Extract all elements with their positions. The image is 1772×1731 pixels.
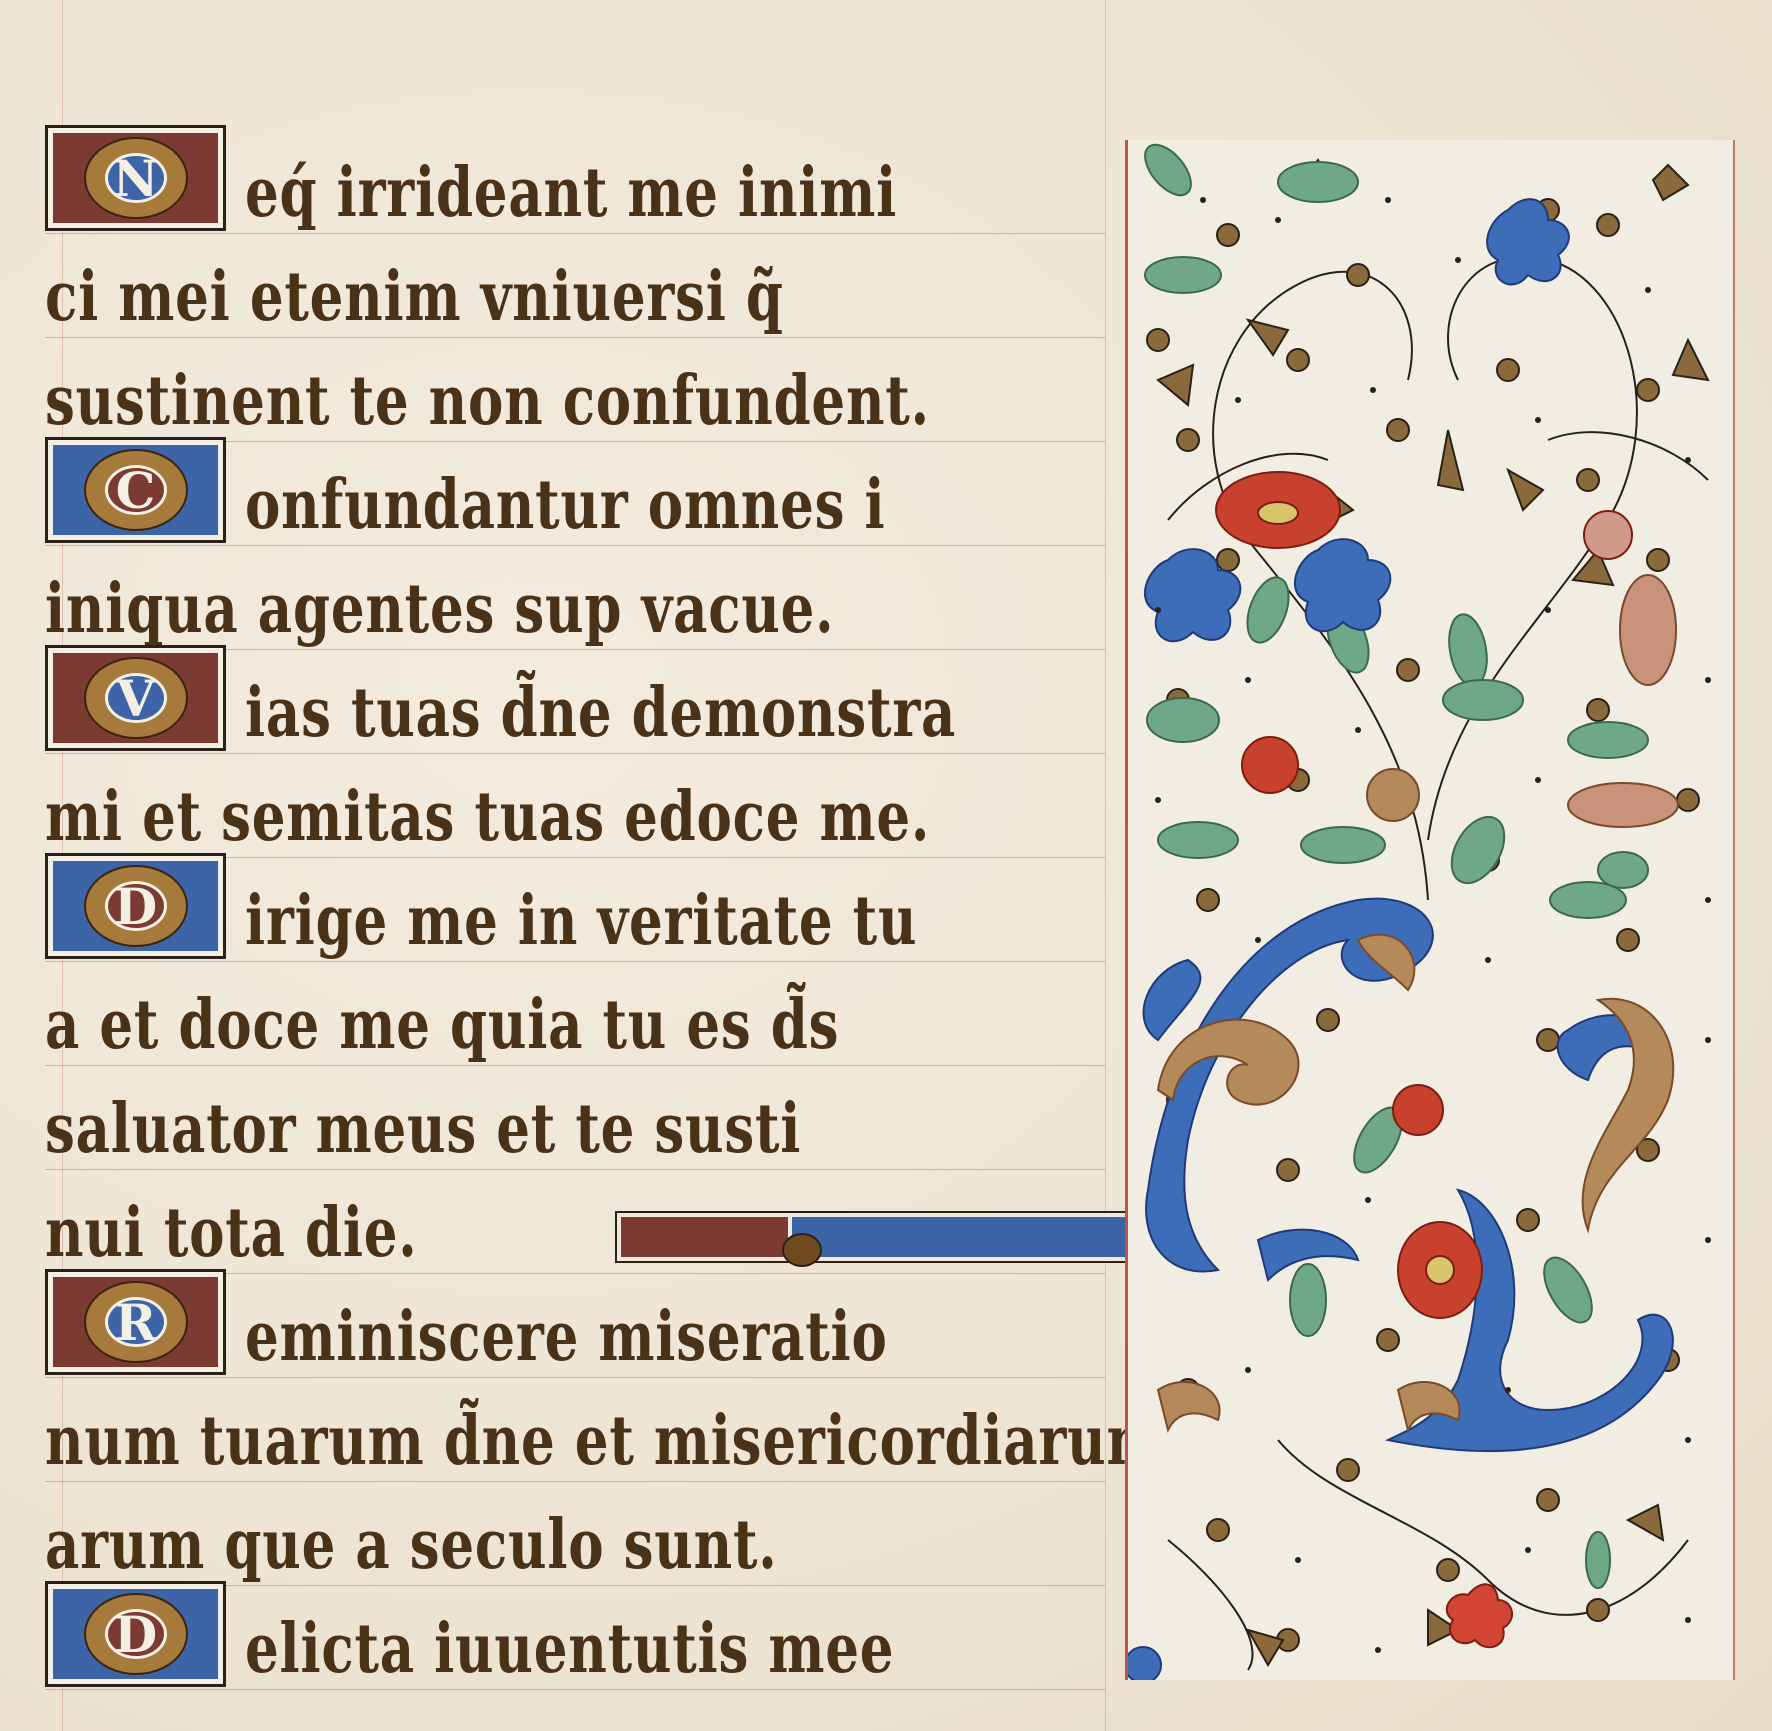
text-line: R eminiscere miseratio bbox=[45, 1274, 1105, 1378]
line-text: nui tota die. bbox=[45, 1199, 418, 1267]
text-line: N eq́ irrideant me inimi bbox=[45, 130, 1105, 234]
line-text: iniqua agentes sup vacue. bbox=[45, 575, 834, 643]
text-line: arum que a seculo sunt. bbox=[45, 1482, 1105, 1586]
decorated-initial: D bbox=[45, 1581, 226, 1687]
decorated-initial: C bbox=[45, 437, 226, 543]
line-text: elicta iuuentutis mee bbox=[245, 1615, 894, 1683]
line-text: irige me in veritate tu bbox=[245, 887, 917, 955]
text-line: nui tota die. bbox=[45, 1170, 1105, 1274]
line-filler-bar bbox=[615, 1211, 1129, 1263]
line-text: ci mei etenim vniuersi q̃ bbox=[45, 263, 784, 331]
text-line: V ias tuas d̃ne demonstra bbox=[45, 650, 1105, 754]
text-line: num tuarum d̃ne et misericordiarum tu bbox=[45, 1378, 1105, 1482]
line-text: arum que a seculo sunt. bbox=[45, 1511, 778, 1579]
text-column: N eq́ irrideant me inimi ci mei etenim v… bbox=[45, 130, 1105, 1690]
line-text: num tuarum d̃ne et misericordiarum tu bbox=[45, 1407, 1247, 1475]
line-text: ias tuas d̃ne demonstra bbox=[245, 679, 956, 747]
line-filler-gold-dot bbox=[782, 1233, 822, 1267]
line-text: onfundantur omnes i bbox=[245, 471, 885, 539]
text-line: sustinent te non confundent. bbox=[45, 338, 1105, 442]
text-line: iniqua agentes sup vacue. bbox=[45, 546, 1105, 650]
text-line: saluator meus et te susti bbox=[45, 1066, 1105, 1170]
line-text: sustinent te non confundent. bbox=[45, 367, 930, 435]
text-line: mi et semitas tuas edoce me. bbox=[45, 754, 1105, 858]
floral-border-artwork bbox=[1128, 140, 1733, 1680]
line-filler-blue-segment bbox=[792, 1213, 1127, 1261]
manuscript-page: N eq́ irrideant me inimi ci mei etenim v… bbox=[0, 0, 1772, 1731]
text-line: a et doce me quia tu es d̃s bbox=[45, 962, 1105, 1066]
line-text: eminiscere miseratio bbox=[245, 1303, 888, 1371]
floral-border bbox=[1125, 140, 1735, 1680]
text-line: D elicta iuuentutis mee bbox=[45, 1586, 1105, 1690]
text-line: D irige me in veritate tu bbox=[45, 858, 1105, 962]
text-line: C onfundantur omnes i bbox=[45, 442, 1105, 546]
line-text: mi et semitas tuas edoce me. bbox=[45, 783, 930, 851]
decorated-initial: D bbox=[45, 853, 226, 959]
line-text: saluator meus et te susti bbox=[45, 1095, 801, 1163]
line-text: a et doce me quia tu es d̃s bbox=[45, 991, 839, 1059]
decorated-initial: V bbox=[45, 645, 226, 751]
decorated-initial: R bbox=[45, 1269, 226, 1375]
line-text: eq́ irrideant me inimi bbox=[245, 159, 897, 227]
line-filler-red-segment bbox=[617, 1213, 792, 1261]
decorated-initial: N bbox=[45, 125, 226, 231]
text-line: ci mei etenim vniuersi q̃ bbox=[45, 234, 1105, 338]
